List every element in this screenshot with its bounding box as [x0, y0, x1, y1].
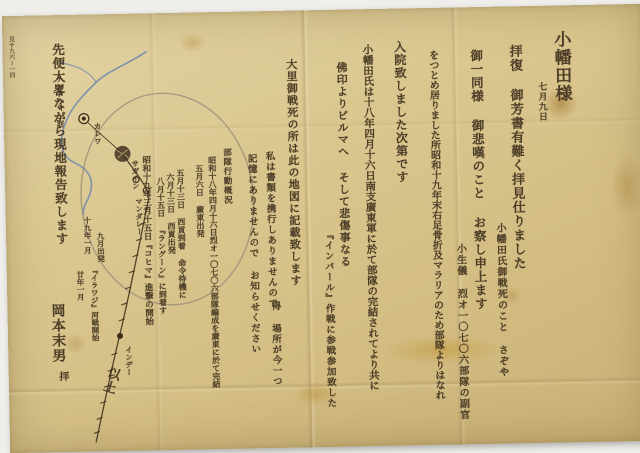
- letter-column: 『インパール』作戦に参戦参加致した: [320, 230, 337, 409]
- letter-column: 記憶にありませんので お知らせください: [244, 153, 262, 354]
- letter-column: 小幡田氏は十八年四月十六日南支廣東軍に於て部隊の完結されてより共に: [360, 44, 382, 391]
- town-marker-double-circle-inner: [82, 117, 86, 121]
- sender-note: 先便大畧ながら現地報告致します: [48, 43, 70, 246]
- letter-column: 佛印よりビルマへ そして悲傷事なる: [333, 62, 353, 268]
- letter-column: 私は書類を携行しありませんので: [262, 151, 279, 309]
- map-label-town: カレワ: [92, 122, 103, 145]
- archive-margin-note: 見サ九六ー一四: [6, 36, 16, 78]
- city-marker-hatch-line: [116, 150, 128, 158]
- map-label-town: インデー: [123, 346, 135, 376]
- letter-column: 部隊行動概況: [220, 148, 233, 205]
- letter-addressee: 小幡田様: [548, 30, 574, 102]
- map-annotation: 九月出発: [95, 232, 107, 262]
- map-label-town: サガイン: [130, 160, 142, 190]
- letter-column: 大里御戦死の所は此の地図に記載致します: [283, 58, 303, 286]
- letter-column: 五月六日 廣東出発: [194, 164, 206, 237]
- map-annotation: 『イラワジ』河戦開始: [89, 266, 101, 341]
- letter-column: 昭和十八年四月十六日烈オ一〇七〇六部隊編成を廣東に於て完結: [207, 156, 222, 388]
- city-marker-hatched: [114, 146, 130, 162]
- letter-column: 拝復 御芳書有難く拝見仕りました: [505, 44, 528, 270]
- city-marker-hatch-line: [117, 150, 127, 158]
- town-marker-double-circle: [79, 114, 89, 124]
- letter-column: 小幡田氏御戦死のこと さぞや: [492, 223, 510, 378]
- letter-date: 七月九日: [535, 82, 549, 122]
- letter-column: 入院致しました次第です: [391, 40, 411, 183]
- map-annotation: 廿年一月: [75, 271, 87, 301]
- map-label-town: マンダレー: [133, 197, 145, 235]
- letter-column: 得 場所が今一つ: [267, 301, 283, 387]
- paper: 小幡田様 七月九日 拝復 御芳書有難く拝見仕りました 小幡田氏御戦死のこと さぞ…: [2, 4, 640, 453]
- scanned-letter-photo: 小幡田様 七月九日 拝復 御芳書有難く拝見仕りました 小幡田氏御戦死のこと さぞ…: [0, 0, 640, 453]
- paper-stain: [611, 154, 640, 219]
- letter-column: 御一同様 御悲嘆のこと お察し申上ます: [467, 49, 490, 311]
- sender-signature: 岡本末男: [47, 303, 68, 363]
- station-dot-filled: [117, 333, 123, 339]
- paper-stain: [178, 32, 206, 53]
- map-annotation: 十九年一月: [82, 216, 94, 254]
- sender-signature-suffix: 拝: [55, 371, 70, 382]
- letter-column: 小生儀 烈オ一〇七〇六部隊の副官: [452, 243, 470, 420]
